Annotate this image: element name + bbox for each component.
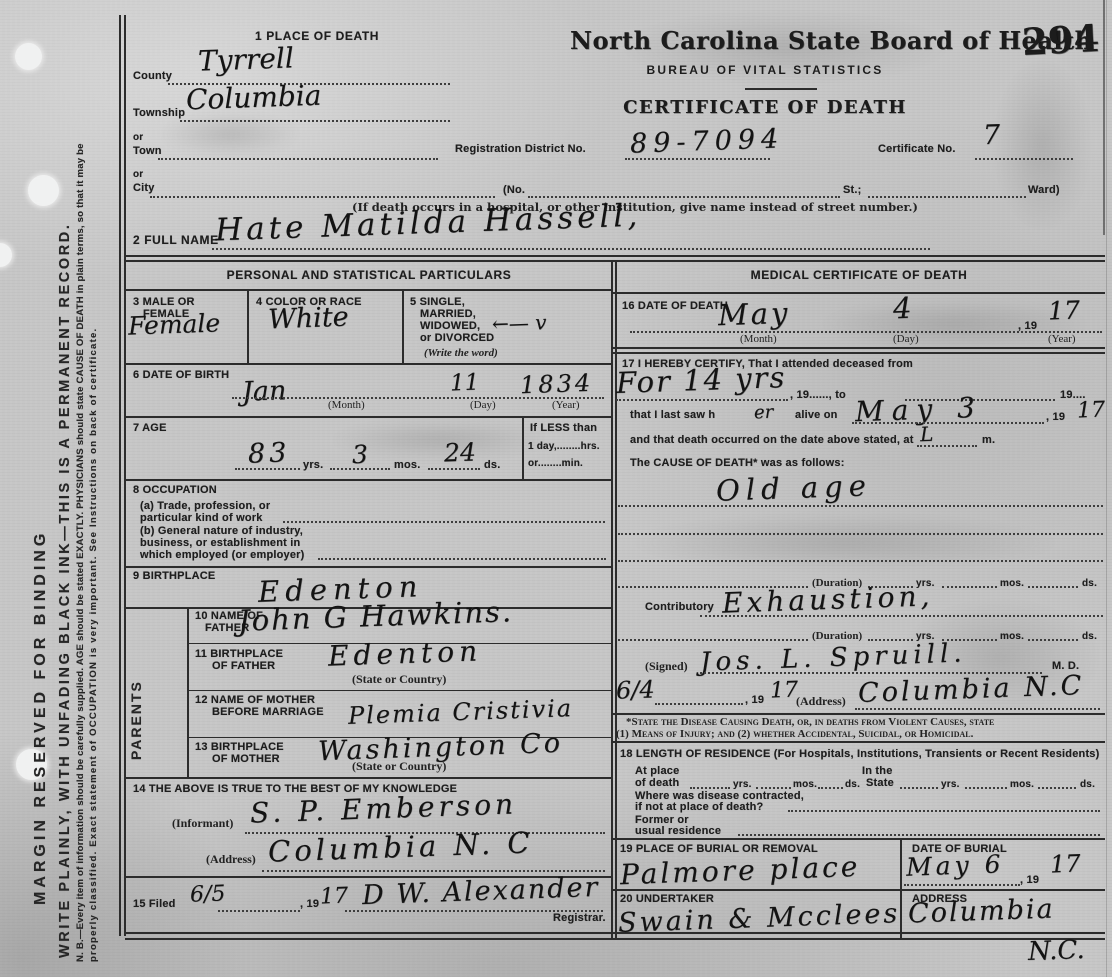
signed-19-label: , 19	[745, 694, 764, 707]
registration-district-label: Registration District No.	[455, 143, 586, 156]
personal-section-title: PERSONAL AND STATISTICAL PARTICULARS	[125, 268, 613, 282]
physician-address-value: Columbia N.C	[858, 672, 1085, 707]
duration2-mos: mos.	[1000, 631, 1024, 643]
filed-label: 15 Filed	[133, 898, 176, 911]
dob-day-caption: (Day)	[470, 399, 496, 411]
signed-date-value: 6/4	[616, 677, 655, 702]
punch-hole	[15, 43, 42, 70]
margin-nb-note-line2: properly classified. Exact statement of …	[88, 328, 101, 962]
row6-rule	[125, 416, 613, 418]
column-divider	[611, 260, 613, 938]
board-of-health-title: North Carolina State Board of Health	[570, 26, 955, 55]
certificate-no-line	[975, 158, 1073, 160]
occupation-b-line	[318, 558, 606, 560]
if-less-than-label3: or........min.	[528, 458, 583, 470]
contracted-line	[788, 810, 1100, 812]
age-yrs-label: yrs.	[303, 459, 323, 472]
or-label-a: or	[133, 132, 143, 144]
contributory-label: Contributory	[645, 601, 714, 614]
last-saw-her-mark: er	[754, 404, 774, 423]
township-label: Township	[133, 107, 185, 120]
contracted-label2: if not at place of death?	[635, 801, 763, 814]
street-label: St.;	[843, 184, 862, 197]
footnote-top-rule	[613, 713, 1105, 715]
parents-rule2	[187, 690, 613, 691]
cause-of-death-value: Old age	[716, 471, 873, 505]
age-line3	[428, 468, 480, 470]
residence-label: 18 LENGTH OF RESIDENCE (For Hospitals, I…	[620, 748, 1099, 761]
registration-district-value: 89-7094	[630, 125, 785, 157]
margin-nb-note-line1: N. B.—Every item of information should b…	[75, 143, 88, 962]
occupation-a-label2: particular kind of work	[140, 512, 263, 525]
cause-line3	[618, 560, 1103, 562]
bleed-through-mark	[995, 60, 1090, 230]
medical-section-title: MEDICAL CERTIFICATE OF DEATH	[613, 268, 1105, 282]
mother-state-country-caption: (State or Country)	[352, 760, 446, 773]
burial-place-value: Palmore place	[620, 853, 861, 889]
father-birthplace-label2: OF FATHER	[212, 660, 275, 673]
informant-address-caption: (Address)	[206, 853, 256, 866]
bottom-rule2	[125, 938, 1105, 940]
filed-19-label: , 19	[300, 898, 319, 911]
last-saw-line	[852, 422, 1044, 424]
certificate-no-value: 7	[983, 122, 1001, 150]
margin-write-plainly-note: WRITE PLAINLY, WITH UNFADING BLACK INK—T…	[57, 223, 74, 959]
dod-month-caption: (Month)	[740, 333, 777, 345]
occupation-b-label3: which employed (or employer)	[140, 549, 305, 562]
street-line	[868, 196, 1026, 198]
certificate-no-label: Certificate No.	[878, 143, 956, 156]
left-binding-rule-inner	[124, 15, 126, 936]
occupation-label: 8 OCCUPATION	[133, 484, 217, 497]
registrar-signature: D W. Alexander	[362, 874, 600, 909]
full-name-line	[212, 248, 930, 250]
mother-name-label2: BEFORE MARRIAGE	[212, 706, 324, 719]
date-of-death-year: 17	[1048, 297, 1081, 323]
footnote-line1: *State the Disease Causing Death, or, in…	[626, 716, 994, 728]
right-edge-artifact2	[1106, 0, 1107, 977]
res-line4	[900, 787, 938, 789]
burial-year-value: 17	[1050, 851, 1081, 876]
filed-line	[218, 910, 300, 912]
death-m-label: m.	[982, 434, 995, 447]
dob-month-caption: (Month)	[328, 399, 365, 411]
res-line1	[690, 787, 730, 789]
res-line3	[818, 787, 843, 789]
undertaker-address-value: Columbia	[908, 895, 1055, 927]
row7-rule	[125, 479, 613, 481]
last-saw-year-value: 17	[1077, 400, 1106, 423]
age-years-value: 83	[248, 439, 291, 467]
full-name-label: 2 FULL NAME	[133, 233, 219, 247]
duration2-line1	[618, 639, 808, 641]
punch-hole	[0, 243, 12, 267]
last-saw-19-label: , 19	[1046, 411, 1065, 424]
duration1-ds: ds.	[1082, 578, 1097, 590]
duration2-ds: ds.	[1082, 631, 1097, 643]
duration1-line3	[942, 586, 997, 588]
street-no-label: (No.	[503, 184, 525, 197]
cause-of-death-label: The CAUSE OF DEATH* was as follows:	[630, 457, 845, 470]
parents-label: PARENTS	[128, 680, 146, 760]
res-mos-2: mos.	[1010, 779, 1034, 791]
dob-day-value: 11	[450, 371, 480, 395]
at-place-label2: of death	[635, 777, 679, 790]
certify-19a-label: , 19......, to	[790, 389, 846, 402]
dod-day-caption: (Day)	[893, 333, 919, 345]
in-the-label2: State	[866, 777, 894, 790]
contributory-value: Exhaustion,	[722, 582, 934, 617]
last-saw-label2: alive on	[795, 409, 838, 422]
parents-bottom-rule	[125, 777, 613, 779]
age-ds-label: ds.	[484, 459, 501, 472]
row7-vline	[522, 416, 524, 479]
marital-sub-caption: (Write the word)	[424, 347, 498, 359]
death-occurred-label: and that death occurred on the date abov…	[630, 434, 914, 447]
res-line5	[965, 787, 1007, 789]
informant-address-line	[262, 870, 605, 872]
attended-from-value: For 14 yrs	[616, 363, 787, 398]
contributory-line	[700, 615, 1103, 617]
registration-line	[625, 158, 770, 160]
res-line2	[756, 787, 791, 789]
signed-date-line	[655, 703, 743, 705]
age-line2	[330, 468, 390, 470]
county-value: Tyrrell	[198, 44, 295, 75]
row18-rule	[613, 838, 1105, 840]
page-number: 294	[1021, 16, 1100, 64]
row19-rule	[613, 889, 1105, 891]
row345-v2	[402, 290, 404, 363]
top-section-rule	[125, 255, 1105, 257]
age-mos-label: mos.	[394, 459, 420, 472]
row16-rule	[613, 347, 1105, 349]
county-label: County	[133, 70, 172, 83]
dob-year-caption: (Year)	[552, 399, 580, 411]
registrar-label: Registrar.	[553, 912, 606, 925]
margin-binding-note: MARGIN RESERVED FOR BINDING	[32, 530, 52, 905]
certificate-of-death-title: CERTIFICATE OF DEATH	[575, 97, 955, 118]
father-name-value: John G Hawkins.	[238, 597, 514, 636]
city-line	[150, 196, 495, 198]
res-ds-1: ds.	[845, 779, 860, 791]
burial-date-line	[904, 884, 1020, 886]
column-divider2	[615, 260, 617, 938]
dob-year-value: 1834	[520, 371, 594, 398]
informant-value: S. P. Emberson	[250, 790, 518, 827]
father-birthplace-value: Edenton	[328, 637, 483, 670]
last-saw-label1: that I last saw h	[630, 409, 715, 422]
duration2-caption: (Duration)	[812, 630, 862, 642]
father-state-country-caption: (State or Country)	[352, 673, 446, 686]
signed-address-line	[855, 708, 1100, 710]
right-edge-artifact	[1103, 0, 1105, 235]
res-ds-2: ds.	[1080, 779, 1095, 791]
row16-rule2	[613, 352, 1105, 354]
death-time-mark: L	[920, 424, 934, 444]
duration2-line4	[1028, 639, 1078, 641]
mother-birthplace-label2: OF MOTHER	[212, 753, 280, 766]
duration1-line4	[1028, 586, 1078, 588]
punch-hole	[28, 175, 59, 206]
if-less-than-label1: If LESS than	[530, 422, 597, 435]
signed-address-caption: (Address)	[796, 695, 846, 708]
filed-year-value: 17	[320, 886, 349, 909]
res-yrs-2: yrs.	[941, 779, 960, 791]
filed-date-value: 6/5	[190, 883, 226, 906]
dob-label: 6 DATE OF BIRTH	[133, 369, 229, 382]
street-no-line	[528, 196, 840, 198]
age-label: 7 AGE	[133, 422, 167, 435]
former-line	[738, 834, 1100, 836]
occupation-a-line	[283, 521, 605, 523]
or-label-b: or	[133, 169, 143, 181]
attended-line	[616, 399, 788, 401]
township-line	[180, 120, 450, 122]
mother-name-value: Plemia Cristivia	[348, 696, 574, 728]
personal-title-rule	[125, 289, 613, 291]
bottom-rule	[125, 932, 1105, 934]
city-label: City	[133, 182, 155, 195]
row345-v1	[247, 290, 249, 363]
footnote-bottom-rule	[613, 741, 1105, 743]
marital-label-4: or DIVORCED	[420, 332, 494, 345]
race-value: White	[268, 304, 350, 334]
date-of-death-month: May	[718, 299, 791, 331]
burial-19-label: , 19	[1020, 874, 1039, 887]
signed-year-value: 17	[770, 680, 799, 703]
informant-address-value: Columbia N. C	[268, 828, 534, 866]
undertaker-address-state: N.C.	[1028, 937, 1085, 965]
masthead-divider	[745, 88, 817, 90]
birthplace-label: 9 BIRTHPLACE	[133, 570, 215, 583]
parents-vline	[187, 607, 189, 777]
signed-caption: (Signed)	[645, 660, 688, 673]
township-value: Columbia	[186, 82, 322, 115]
medical-title-rule	[613, 292, 1105, 294]
age-months-value: 3	[352, 442, 369, 468]
town-label: Town	[133, 145, 162, 158]
res-line6	[1038, 787, 1076, 789]
town-line	[158, 158, 438, 160]
duration1-mos: mos.	[1000, 578, 1024, 590]
bureau-subtitle: BUREAU OF VITAL STATISTICS	[575, 63, 955, 77]
dob-month-value: Jan	[242, 377, 287, 406]
age-days-value: 24	[444, 439, 477, 465]
marital-mark: ←— v	[492, 312, 547, 334]
if-less-than-label2: 1 day,........hrs.	[528, 441, 600, 453]
ward-label: Ward)	[1028, 184, 1060, 197]
former-label2: usual residence	[635, 825, 721, 838]
date-of-death-day: 4	[892, 294, 911, 324]
date-of-death-label: 16 DATE OF DEATH	[622, 300, 728, 313]
full-name-value: Hate Matilda Hassell,	[215, 201, 642, 247]
burial-date-value: May 6	[906, 851, 1005, 879]
dod-line	[630, 331, 1102, 333]
row345-rule	[125, 363, 613, 365]
dod-year-caption: (Year)	[1048, 333, 1076, 345]
death-certificate-scan: MARGIN RESERVED FOR BINDING WRITE PLAINL…	[0, 0, 1112, 977]
age-line1	[235, 468, 300, 470]
dob-line	[232, 397, 604, 399]
cause-line2	[618, 533, 1103, 535]
informant-caption: (Informant)	[172, 817, 233, 830]
footnote-line2: (1) Means of Injury; and (2) whether Acc…	[616, 728, 973, 740]
row8-rule	[125, 566, 613, 568]
left-binding-rule	[119, 15, 121, 936]
sex-value: Female	[128, 310, 221, 338]
cause-line1	[618, 505, 1103, 507]
